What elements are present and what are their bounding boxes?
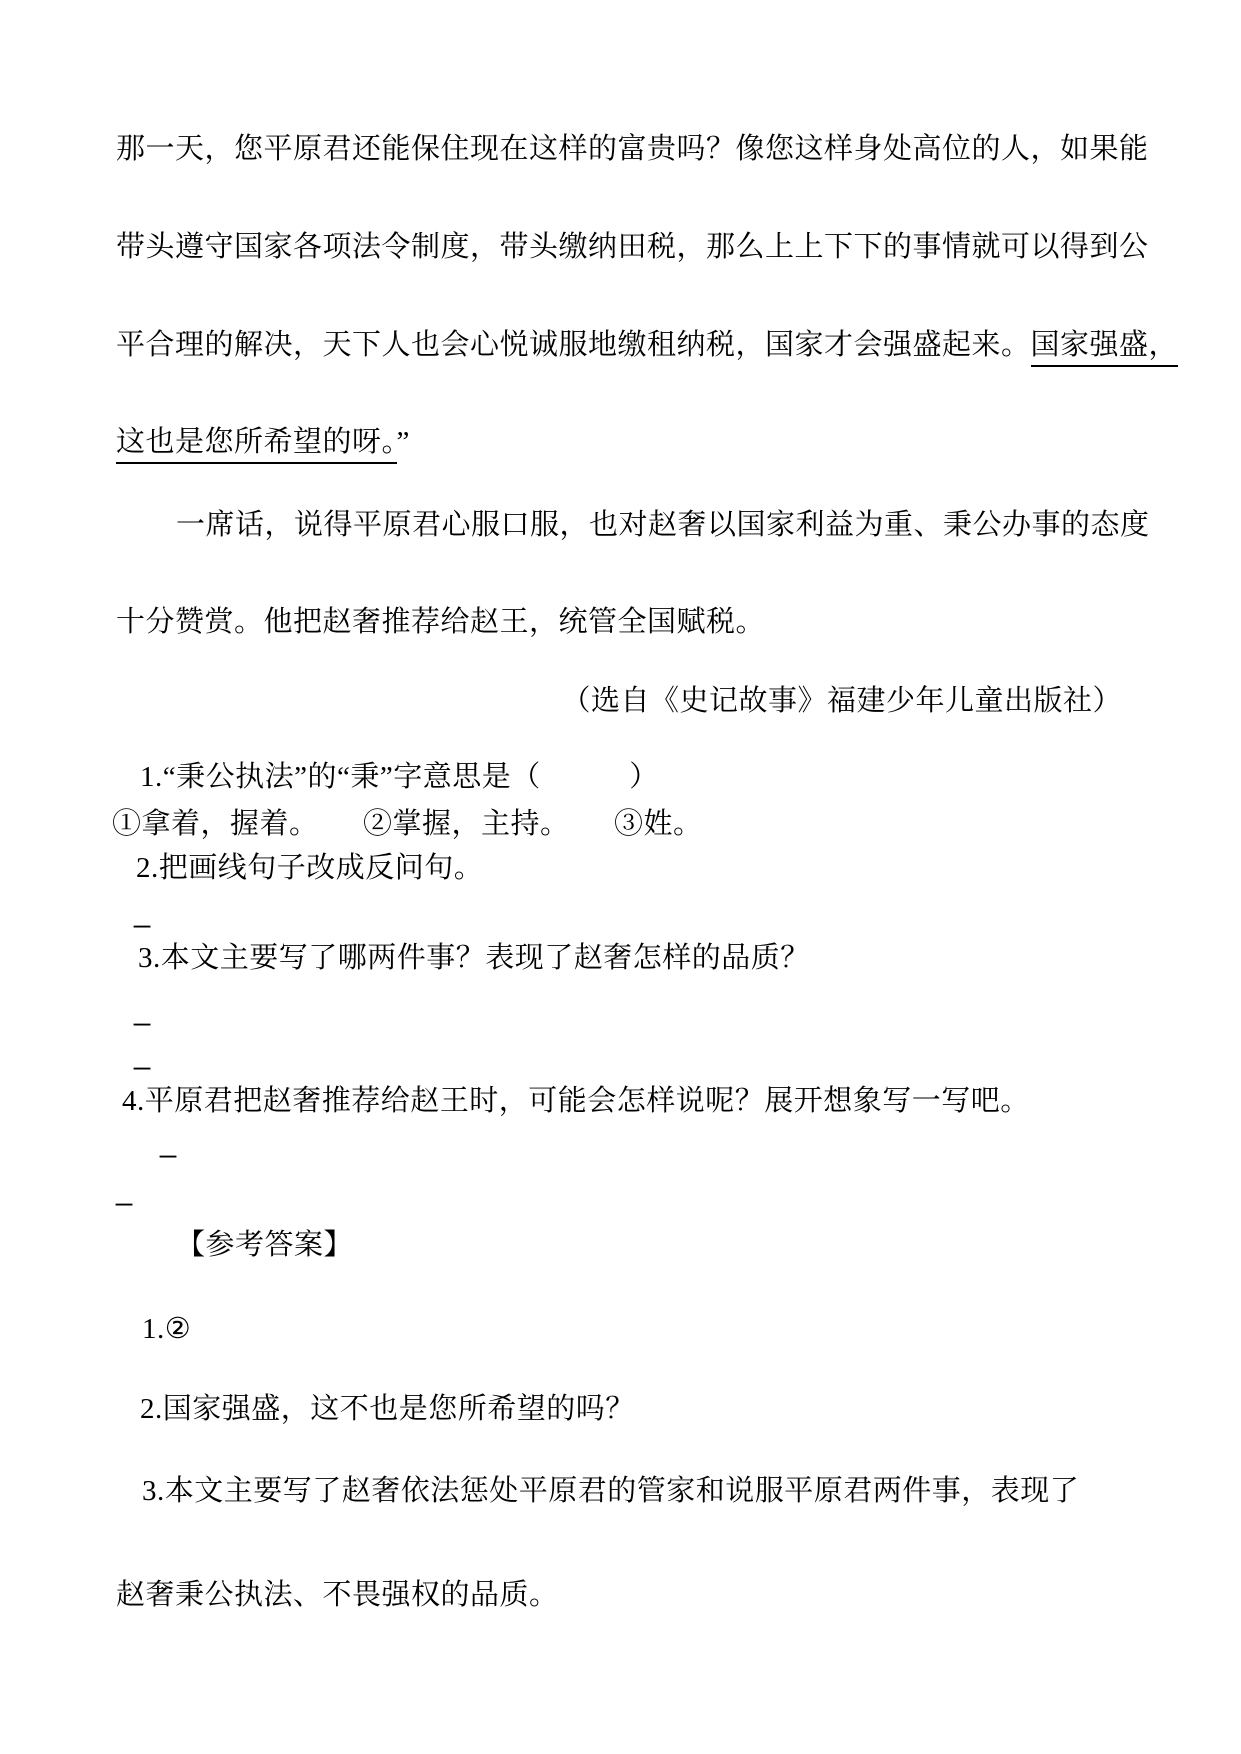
story-paragraph1-line2: 带头遵守国家各项法令制度，带头缴纳田税，那么上上下下的事情就可以得到公 — [116, 230, 1149, 264]
question-3: 3.本文主要写了哪两件事？表现了赵奢怎样的品质？ — [138, 941, 810, 975]
story-paragraph2-line1: 一席话，说得平原君心服口服，也对赵奢以国家利益为重、秉公办事的态度 — [176, 508, 1150, 542]
answers-header: 【参考答案】 — [176, 1228, 353, 1262]
story-paragraph1-line1: 那一天，您平原君还能保住现在这样的富贵吗？像您这样身处高位的人，如果能 — [116, 132, 1149, 166]
answer-3-line2: 赵奢秉公执法、不畏强权的品质。 — [116, 1578, 559, 1612]
answer-blank-3: _ — [134, 1038, 151, 1072]
story-paragraph1-line4: 这也是您所希望的呀。” — [116, 425, 410, 459]
answer-blank-4: _ — [160, 1126, 177, 1160]
source-attribution: （选自《史记故事》福建少年儿童出版社） — [561, 684, 1122, 718]
question-1: 1.“秉公执法”的“秉”字意思是（ ） — [140, 760, 659, 794]
answer-blank-1: _ — [134, 896, 151, 930]
answer-2: 2.国家强盛，这不也是您所希望的吗？ — [140, 1392, 635, 1426]
answer-3-line1: 3.本文主要写了赵奢依法惩处平原君的管家和说服平原君两件事，表现了 — [142, 1474, 1079, 1508]
question-1-options: ①拿着，握着。 ②掌握，主持。 ③姓。 — [112, 807, 703, 841]
closing-quote: ” — [397, 426, 410, 458]
question-2: 2.把画线句子改成反问句。 — [136, 851, 483, 885]
story-paragraph2-line2: 十分赞赏。他把赵奢推荐给赵王，统管全国赋税。 — [116, 605, 765, 639]
answer-blank-5: _ — [116, 1174, 133, 1208]
underlined-sentence-part1: 国家强盛， — [1031, 329, 1179, 367]
answer-blank-2: _ — [134, 994, 151, 1028]
worksheet-page: 那一天，您平原君还能保住现在这样的富贵吗？像您这样身处高位的人，如果能 带头遵守… — [0, 0, 1241, 1754]
underlined-sentence-part2: 这也是您所希望的呀。 — [116, 426, 397, 464]
answer-1: 1.② — [142, 1312, 191, 1346]
story-line3-text: 平合理的解决，天下人也会心悦诚服地缴租纳税，国家才会强盛起来。 — [116, 329, 1031, 361]
story-paragraph1-line3: 平合理的解决，天下人也会心悦诚服地缴租纳税，国家才会强盛起来。国家强盛， — [116, 328, 1178, 362]
question-4: 4.平原君把赵奢推荐给赵王时，可能会怎样说呢？展开想象写一写吧。 — [122, 1084, 1030, 1118]
